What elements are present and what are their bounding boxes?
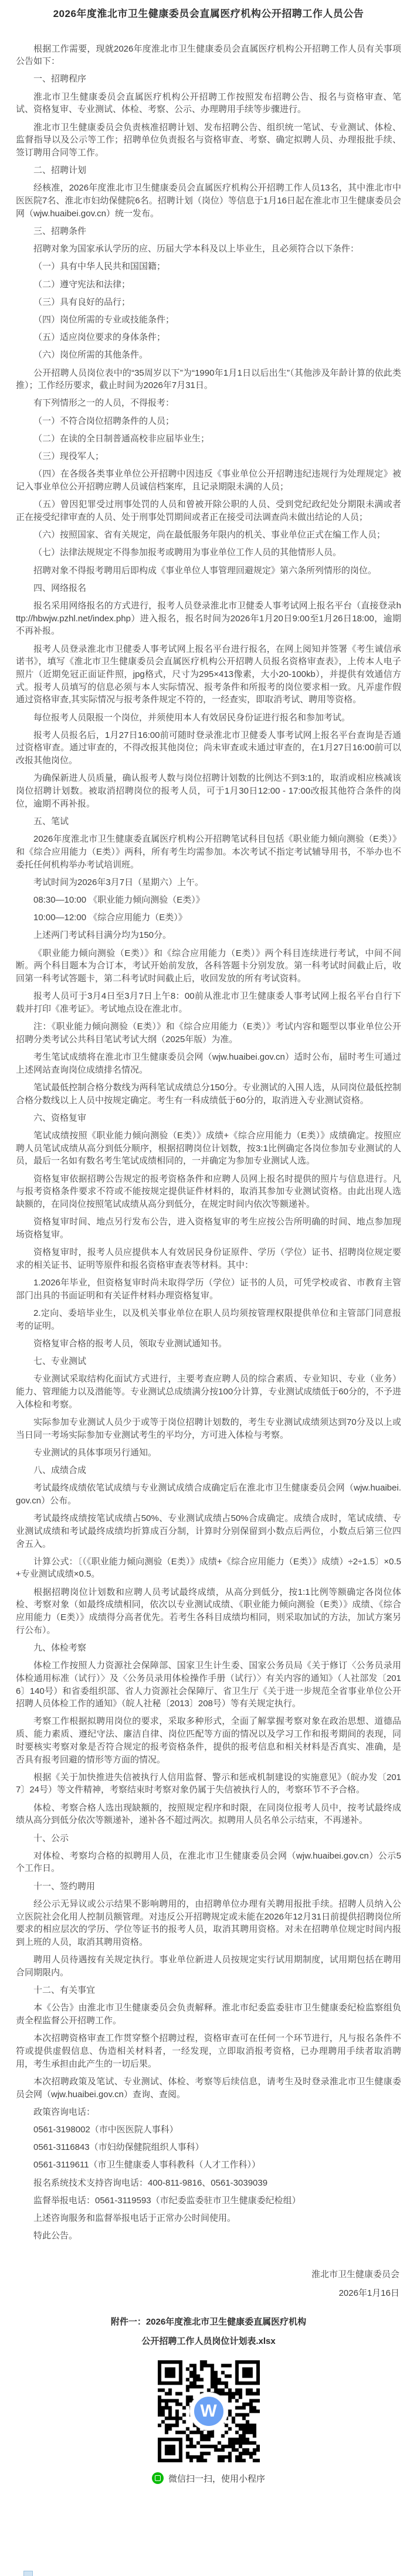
partial-footer-element	[23, 2571, 33, 2576]
paragraph: 政策咨询电话：	[16, 2106, 401, 2119]
paragraph: 10:00—12:00 《综合应用能力（E类）》	[16, 911, 401, 924]
paragraph: 考生笔试成绩将在淮北市卫生健康委员会网（wjw.huaibei.gov.cn）适…	[16, 1051, 401, 1076]
paragraph: 根据招聘岗位计划数和应聘人员考试最终成绩，从高分到低分，按1:1比例等额确定各岗…	[16, 1586, 401, 1637]
paragraph: 特此公告。	[16, 2230, 401, 2242]
paragraph: 有下列情形之一的人员，不得报考：	[16, 397, 401, 410]
paragraph: 招聘对象为国家承认学历的应、历届大学本科及以上毕业生，且必须符合以下条件：	[16, 243, 401, 256]
section-heading: 十、公示	[16, 1832, 401, 1845]
announcement-body: 根据工作需要，现就2026年度淮北市卫生健康委员会直属医疗机构公开招聘工作人员有…	[0, 21, 417, 2242]
paragraph: （三）具有良好的品行；	[16, 296, 401, 309]
paragraph: 为确保新进人员质量，确认报考人数与岗位招聘计划数的比例达不到3:1的，取消或相应…	[16, 772, 401, 810]
paragraph: 资格复审时，报考人员应提供本人有效居民身份证原件、学历（学位）证书、招聘岗位规定…	[16, 1246, 401, 1271]
qr-caption: 微信扫一扫，使用小程序	[168, 2472, 265, 2485]
attachment-title: 附件一：2026年度淮北市卫生健康委直属医疗机构	[0, 2316, 417, 2328]
paragraph: 考察工作根据拟聘用岗位的要求，采取多种形式，全面了解掌握考察对象在政治思想、道德…	[16, 1715, 401, 1766]
paragraph: 考试最终成绩按笔试成绩占50%、专业测试成绩占50%合成确定。成绩合成时，笔试成…	[16, 1512, 401, 1550]
paragraph: 资格复审依据招聘公告规定的报考资格条件和应聘人员网上报名时提供的照片与信息进行。…	[16, 1173, 401, 1211]
mini-program-qr-code: W	[158, 2360, 260, 2462]
section-heading: 五、笔试	[16, 815, 401, 828]
paragraph: 淮北市卫生健康委员会负责核准招聘计划、发布招聘公告、组织统一笔试、专业测试、体检…	[16, 121, 401, 159]
qr-caption-row: 微信扫一扫，使用小程序	[0, 2472, 417, 2485]
paragraph: 2.定向、委培毕业生，以及机关事业单位在职人员均须按管理权限提供单位和主管部门同…	[16, 1307, 401, 1332]
paragraph: 体检、考察合格人选出现缺额的，按照规定程序和时限，在同岗位报考人员中，按考试最终…	[16, 1802, 401, 1827]
paragraph: 招聘对象不得报考聘用后即构成《事业单位人事管理回避规定》第六条所列情形的岗位。	[16, 564, 401, 577]
paragraph: 上述两门考试科目满分均为150分。	[16, 929, 401, 942]
paragraph: 笔试成绩按照《职业能力倾向测验（E类）》成绩+《综合应用能力（E类）》成绩确定。…	[16, 1129, 401, 1168]
paragraph: 2026年度淮北市卫生健康委直属医疗机构公开招聘笔试科目包括《职业能力倾向测验（…	[16, 833, 401, 871]
paragraph: 每位报考人员限报一个岗位，并须使用本人有效居民身份证进行报名和参加考试。	[16, 712, 401, 724]
paragraph: 报考人员报名后，1月27日16:00前可随时登录淮北市卫健委人事考试网上报名平台…	[16, 729, 401, 767]
signature-block: 淮北市卫生健康委员会 2026年1月16日	[0, 2247, 417, 2299]
paragraph: 上述咨询服务和监督举报电话于正常办公时间使用。	[16, 2212, 401, 2225]
paragraph: 笔试最低控制合格分数线为两科笔试成绩总分150分。专业测试的入围人选，从同岗位最…	[16, 1081, 401, 1107]
paragraph: 考试最终成绩依笔试成绩与专业测试成绩合成确定后在淮北市卫生健康委员会网（wjw.…	[16, 1482, 401, 1507]
paragraph: 对体检、考察均合格的拟聘用人员，在淮北市卫生健康委员会网（wjw.huaibei…	[16, 1850, 401, 1875]
section-heading: 八、成绩合成	[16, 1464, 401, 1477]
paragraph: 0561-3119611（市卫生健康委人事科教科（人才工作科））	[16, 2159, 401, 2172]
paragraph: 本次招聘政策及笔试、专业测试、体检、考察等后续信息，请考生及时登录淮北市卫生健康…	[16, 2075, 401, 2101]
paragraph: 监督举报电话：0561-3119593（市纪委监委驻市卫生健康委纪检组）	[16, 2194, 401, 2207]
paragraph: 本次招聘资格审查工作贯穿整个招聘过程，资格审查可在任何一个环节进行，凡与报名条件…	[16, 2032, 401, 2070]
paragraph: 《职业能力倾向测验（E类）》和《综合应用能力（E类）》两个科目连续进行考试，中间…	[16, 947, 401, 985]
attachment-block: 附件一：2026年度淮北市卫生健康委直属医疗机构 公开招聘工作人员岗位计划表.x…	[0, 2316, 417, 2347]
paragraph: 专业测试的具体事项另行通知。	[16, 1447, 401, 1459]
paragraph: （四）岗位所需的专业或技能条件；	[16, 314, 401, 326]
announcement-page: 2026年度淮北市卫生健康委员会直属医疗机构公开招聘工作人员公告 根据工作需要，…	[0, 0, 417, 2576]
paragraph: 计算公式：〔（《职业能力倾向测验（E类）》成绩+《综合应用能力（E类）》成绩）÷…	[16, 1556, 401, 1581]
paragraph: （五）曾因犯罪受过刑事处罚的人员和曾被开除公职的人员、受到党纪政纪处分期限未满或…	[16, 498, 401, 523]
qr-code-block: W 微信扫一扫，使用小程序	[0, 2360, 417, 2485]
paragraph: 报名采用网络报名的方式进行，报考人员登录淮北市卫健委人事考试网上报名平台（直接登…	[16, 600, 401, 638]
page-title: 2026年度淮北市卫生健康委员会直属医疗机构公开招聘工作人员公告	[0, 0, 417, 21]
paragraph: 08:30—10:00 《职业能力倾向测验（E类）》	[16, 894, 401, 907]
paragraph: （五）适应岗位要求的身体条件；	[16, 331, 401, 344]
paragraph: 公开招聘人员岗位表中的“35周岁以下”为“1990年1月1日以后出生”（其他涉及…	[16, 367, 401, 392]
paragraph: （四）在各级各类事业单位公开招聘中因违反《事业单位公开招聘违纪违规行为处理规定》…	[16, 468, 401, 493]
paragraph: 考试时间为2026年3月7日（星期六）上午。	[16, 876, 401, 889]
signature-date: 2026年1月16日	[16, 2287, 399, 2300]
section-heading: 十二、有关事宜	[16, 1984, 401, 1997]
paragraph: 实际参加专业测试人员少于或等于岗位招聘计划数的，考生专业测试成绩须达到70分及以…	[16, 1416, 401, 1441]
signature-org: 淮北市卫生健康委员会	[16, 2268, 399, 2281]
paragraph: （二）遵守宪法和法律；	[16, 278, 401, 291]
section-heading: 九、体检考察	[16, 1642, 401, 1655]
section-heading: 十一、签约聘用	[16, 1880, 401, 1893]
paragraph: 根据工作需要，现就2026年度淮北市卫生健康委员会直属医疗机构公开招聘工作人员有…	[16, 43, 401, 68]
paragraph: 0561-3198002（市中医医院人事科）	[16, 2124, 401, 2136]
paragraph: （三）现役军人；	[16, 450, 401, 463]
section-heading: 一、招聘程序	[16, 73, 401, 86]
paragraph: 淮北市卫生健康委员会直属医疗机构公开招聘工作按照发布招聘公告、报名与资格审查、笔…	[16, 91, 401, 116]
paragraph: （一）不符合岗位招聘条件的人员；	[16, 415, 401, 428]
wechat-icon	[152, 2472, 164, 2484]
paragraph: （七）法律法规规定不得参加报考或聘用为事业单位工作人员的其他情形人员。	[16, 546, 401, 559]
qr-center-logo: W	[191, 2394, 226, 2429]
paragraph: 注：《职业能力倾向测验（E类）》和《综合应用能力（E类）》考试内容和题型以事业单…	[16, 1020, 401, 1046]
paragraph: 0561-3116843（市妇幼保健院组织人事科）	[16, 2141, 401, 2154]
paragraph: 报考人员登录淮北市卫健委人事考试网上报名平台进行报名，在网上阅知并签署《考生诚信…	[16, 643, 401, 707]
paragraph: （一）具有中华人民共和国国籍；	[16, 260, 401, 273]
paragraph: （六）岗位所需的其他条件。	[16, 349, 401, 362]
paragraph: 经核准，2026年度淮北市卫生健康委员会直属医疗机构公开招聘工作人员13名，其中…	[16, 182, 401, 220]
paragraph: 专业测试采取结构化面试方式进行，主要考查应聘人员的综合素质、专业知识、专业（业务…	[16, 1373, 401, 1411]
paragraph: 报名系统技术支持咨询电话：400-811-9816、0561-3039039	[16, 2177, 401, 2190]
paragraph: （六）按照国家、省有关规定，尚在最低服务年限内的机关、事业单位正式在编工作人员；	[16, 529, 401, 542]
paragraph: 本《公告》由淮北市卫生健康委员会负责解释。淮北市纪委监委驻市卫生健康委纪检监察组…	[16, 2002, 401, 2027]
paragraph: 1.2026年毕业，但资格复审时尚未取得学历（学位）证书的人员，可凭学校或省、市…	[16, 1277, 401, 1302]
paragraph: （二）在读的全日制普通高校非应届毕业生；	[16, 433, 401, 445]
paragraph: 资格复审合格的报考人员，领取专业测试通知书。	[16, 1338, 401, 1350]
section-heading: 三、招聘条件	[16, 225, 401, 238]
section-heading: 二、招聘计划	[16, 164, 401, 177]
paragraph: 聘用人员待遇按有关规定执行。事业单位新进人员按规定实行试用期制度，试用期包括在聘…	[16, 1954, 401, 1979]
paragraph: 经公示无异议或公示结果不影响聘用的，由招聘单位办理有关聘用报批手续。招聘人员纳入…	[16, 1898, 401, 1949]
paragraph: 资格复审时间、地点另行发布公告，进入资格复审的考生应按公告所明确的时间、地点参加…	[16, 1216, 401, 1241]
attachment-filename[interactable]: 公开招聘工作人员岗位计划表.xlsx	[0, 2336, 417, 2347]
paragraph: 报考人员可于3月4日至3月7日上午8：00前从淮北市卫生健康委人事考试网上报名平…	[16, 990, 401, 1015]
section-heading: 四、网络报名	[16, 582, 401, 595]
section-heading: 七、专业测试	[16, 1355, 401, 1368]
paragraph: 体检工作按照人力资源社会保障部、国家卫生计生委、国家公务员局《关于修订〈公务员录…	[16, 1659, 401, 1710]
section-heading: 六、资格复审	[16, 1112, 401, 1125]
paragraph: 根据《关于加快推进失信被执行人信用监督、警示和惩戒机制建设的实施意见》（皖办发〔…	[16, 1771, 401, 1796]
